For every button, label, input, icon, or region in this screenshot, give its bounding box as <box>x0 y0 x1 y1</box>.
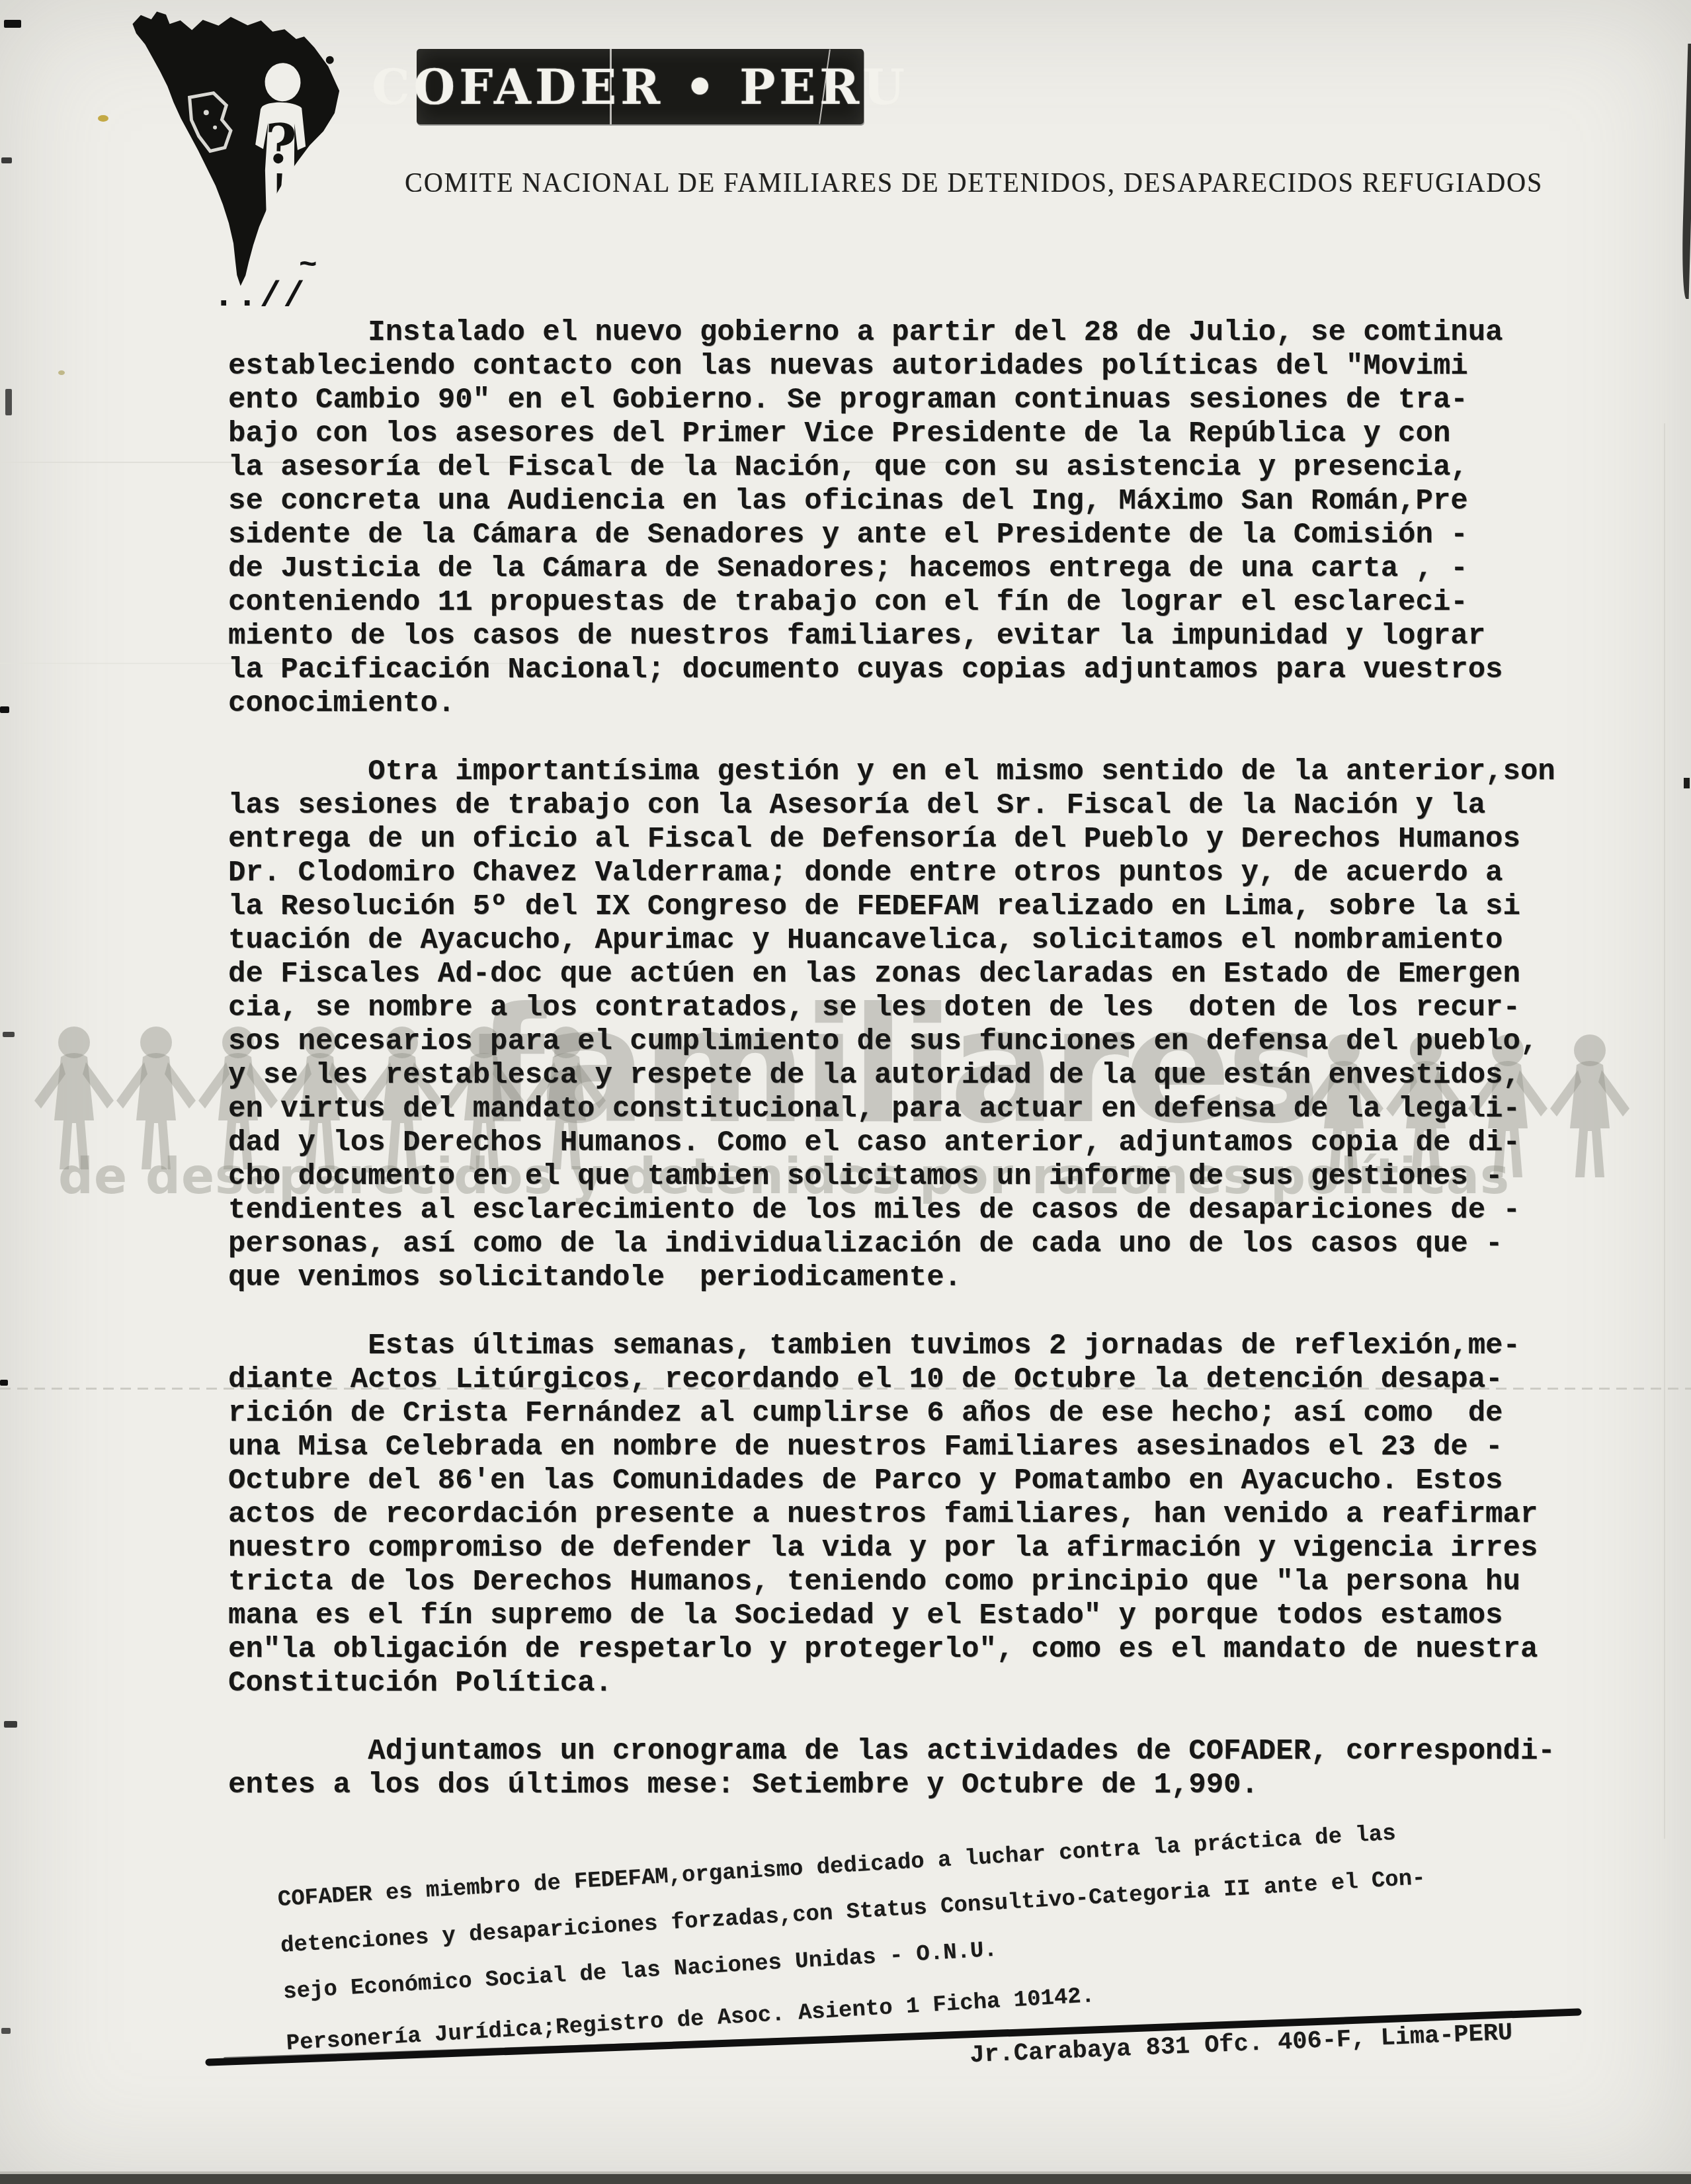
scan-crease <box>610 49 612 124</box>
scan-artifact <box>4 20 21 28</box>
paper-speck <box>58 370 65 375</box>
page-continuation-mark: ..// <box>213 276 307 317</box>
page-edge-shadow <box>0 2174 1691 2184</box>
paper-speck <box>98 115 108 122</box>
scan-artifact <box>0 1380 8 1386</box>
page-curl-artifact <box>1681 44 1691 299</box>
paragraph: Instalado el nuevo gobierno a partir del… <box>228 316 1604 721</box>
scan-artifact <box>1 2028 11 2034</box>
paragraph: Otra importantísima gestión y en el mism… <box>228 755 1604 1295</box>
scan-artifact <box>5 389 12 415</box>
scan-artifact <box>3 1032 15 1037</box>
scan-artifact <box>1 157 12 163</box>
scan-line-artifact <box>1664 423 1665 1839</box>
scan-artifact <box>4 1721 17 1728</box>
paragraph: Estas últimas semanas, tambien tuvimos 2… <box>228 1329 1604 1701</box>
scanned-letter-page: familiares de desaparecidos y detenidos … <box>0 0 1691 2184</box>
cofader-logo-south-america-icon: ? <box>127 3 352 294</box>
paragraph: Adjuntamos un cronograma de las activida… <box>228 1735 1604 1802</box>
organization-subtitle: COMITE NACIONAL DE FAMILIARES DE DETENID… <box>405 166 1543 199</box>
scan-artifact <box>1684 778 1690 788</box>
address-line: Jr.Carabaya 831 Ofc. 406-F, Lima-PERU <box>969 2019 1513 2070</box>
question-mark: ? <box>264 112 298 177</box>
banner: COFADER • PERU <box>417 49 864 124</box>
footer-note: COFADER es miembro de FEDEFAM,organismo … <box>276 1809 1432 2067</box>
scan-artifact <box>0 706 9 713</box>
letter-body: Instalado el nuevo gobierno a partir del… <box>228 316 1604 1837</box>
